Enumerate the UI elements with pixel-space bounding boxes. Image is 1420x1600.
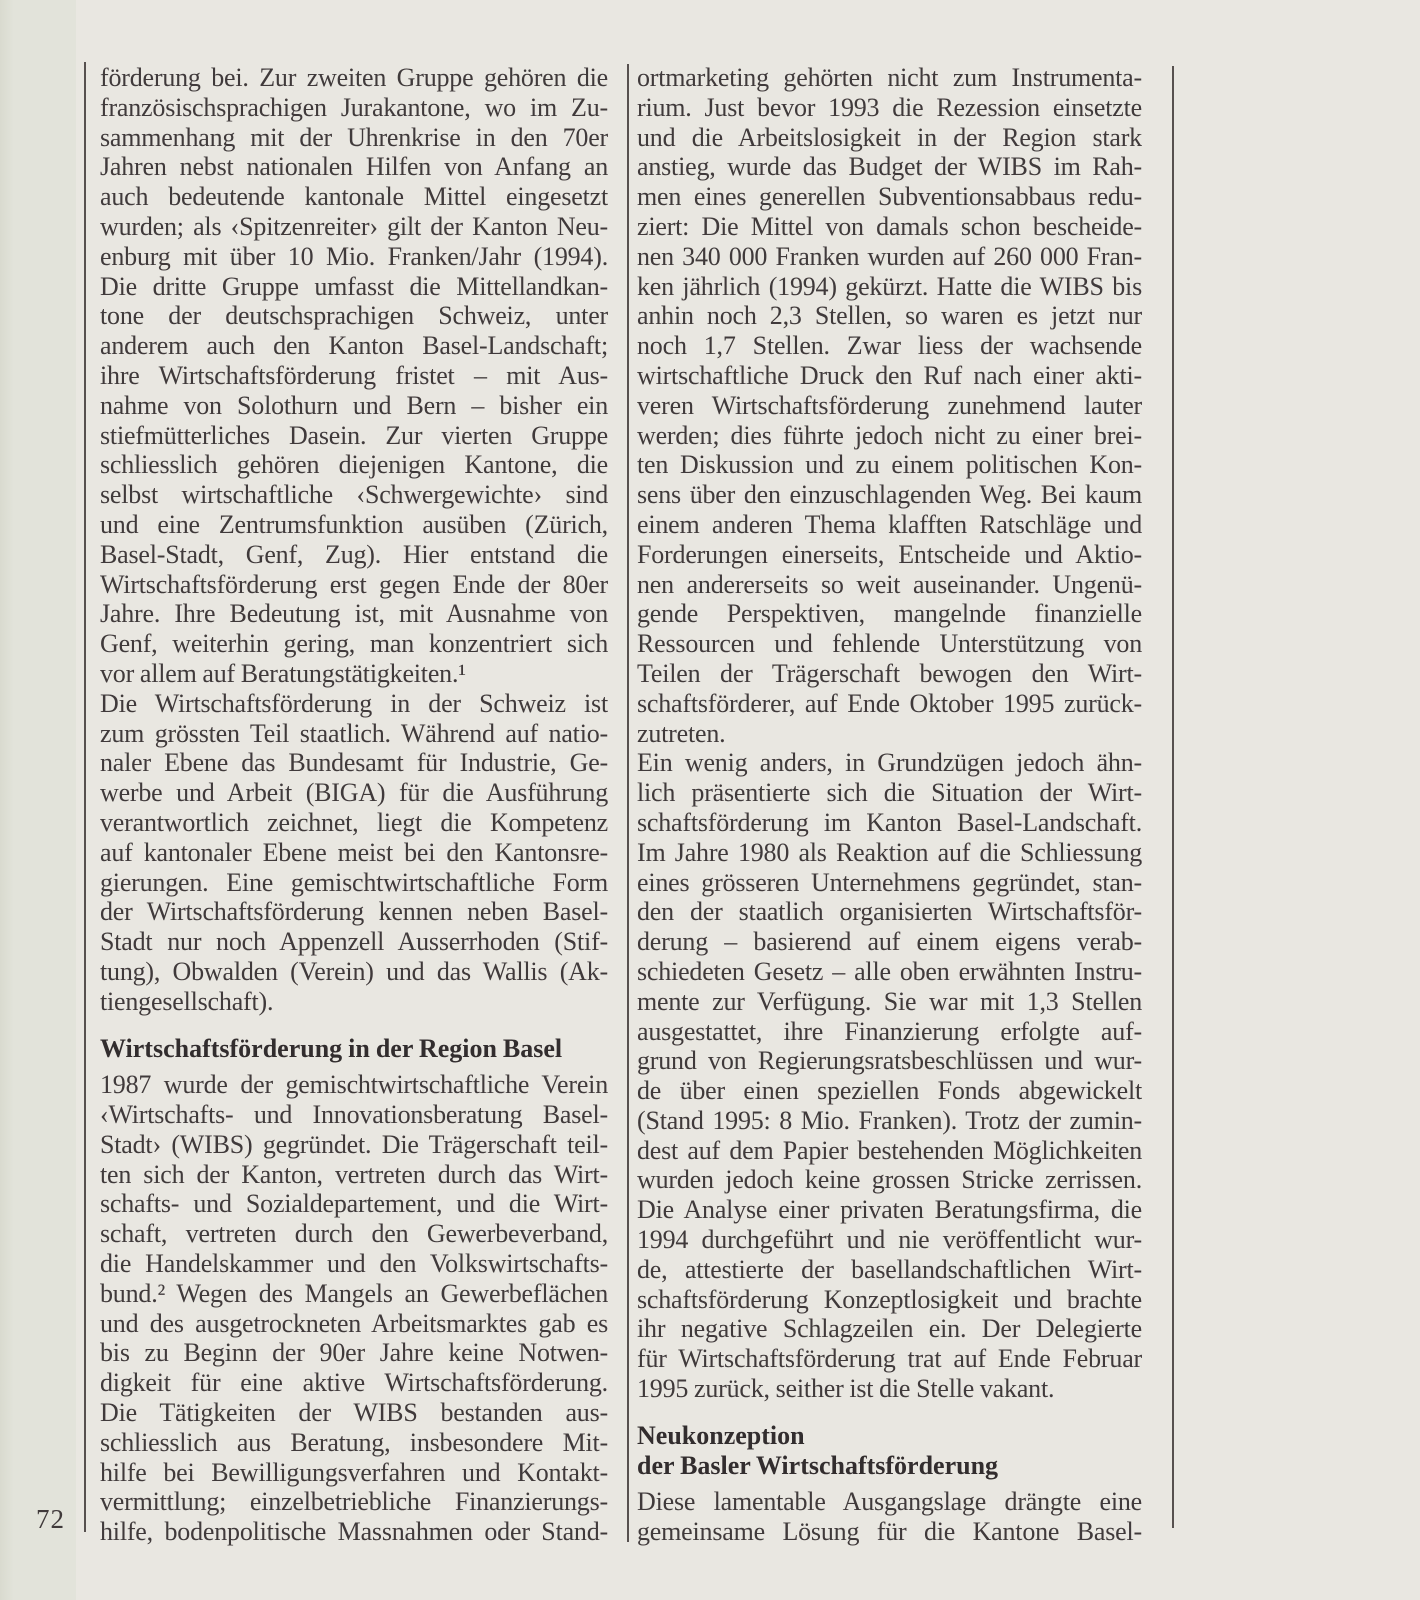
body-text-line: werbe und Arbeit (BIGA) für die Ausführu…: [100, 778, 608, 808]
body-text-line: Im Jahre 1980 als Reaktion auf die Schli…: [637, 838, 1142, 868]
body-text-line: schliesslich gehören diejenigen Kantone,…: [100, 450, 608, 480]
body-text-line: bis zu Beginn der 90er Jahre keine Notwe…: [100, 1338, 608, 1368]
body-text-line: derung – basierend auf einem eigens vera…: [637, 927, 1142, 957]
body-text-line: Die dritte Gruppe umfasst die Mittelland…: [100, 272, 608, 302]
body-text-line: selbst wirtschaftliche ‹Schwergewichte› …: [100, 480, 608, 510]
body-text-line: den der staatlich organisierten Wirtscha…: [637, 897, 1142, 927]
page-number: 72: [36, 1504, 65, 1535]
body-text-line: ziert: Die Mittel von damals schon besch…: [637, 212, 1142, 242]
body-text-line: gende Perspektiven, mangelnde finanziell…: [637, 599, 1142, 629]
body-text-line: Jahren nebst nationalen Hilfen von Anfan…: [100, 152, 608, 182]
body-text-line: Jahre. Ihre Bedeutung ist, mit Ausnahme …: [100, 599, 608, 629]
body-text-line: bund.² Wegen des Mangels an Gewerbefläch…: [100, 1279, 608, 1309]
body-text-line: schaft, vertreten durch den Gewerbeverba…: [100, 1219, 608, 1249]
body-text-line: französischsprachigen Jurakantone, wo im…: [100, 93, 608, 123]
body-text-line: tung), Obwalden (Verein) und das Wallis …: [100, 957, 608, 987]
body-text-line: die Handelskammer und den Volkswirtschaf…: [100, 1249, 608, 1279]
body-text-line: rium. Just bevor 1993 die Rezession eins…: [637, 93, 1142, 123]
body-text-line: ten Diskussion und zu einem politischen …: [637, 450, 1142, 480]
body-text-line: hilfe, bodenpolitische Massnahmen oder S…: [100, 1517, 608, 1547]
body-text-line: nen 340 000 Franken wurden auf 260 000 F…: [637, 242, 1142, 272]
body-text-line: auch bedeutende kantonale Mittel eingese…: [100, 182, 608, 212]
body-text-line: grund von Regierungsratsbeschlüssen und …: [637, 1046, 1142, 1076]
body-text-line: digkeit für eine aktive Wirtschaftsförde…: [100, 1368, 608, 1398]
body-text-line: schiedeten Gesetz – alle oben erwähnten …: [637, 957, 1142, 987]
body-text-line: werden; dies führte jedoch nicht zu eine…: [637, 421, 1142, 451]
body-text-line: sens über den einzuschlagenden Weg. Bei …: [637, 480, 1142, 510]
body-text-line: schliesslich aus Beratung, insbesondere …: [100, 1428, 608, 1458]
body-text-line: de über einen speziellen Fonds abgewicke…: [637, 1076, 1142, 1106]
paragraph-spacer: [100, 1063, 608, 1070]
body-text-line: stiefmütterliches Dasein. Zur vierten Gr…: [100, 421, 608, 451]
body-text-line: Diese lamentable Ausgangslage drängte ei…: [637, 1487, 1142, 1517]
body-text-line: vor allem auf Beratungstätigkeiten.¹: [100, 659, 608, 689]
body-text-line: Ressourcen und fehlende Unterstützung vo…: [637, 629, 1142, 659]
body-text-line: Die Tätigkeiten der WIBS bestanden aus-: [100, 1398, 608, 1428]
section-heading-line: der Basler Wirtschaftsförderung: [637, 1451, 1142, 1481]
body-text-line: hilfe bei Bewilligungsverfahren und Kont…: [100, 1458, 608, 1488]
body-text-line: noch 1,7 Stellen. Zwar liess der wachsen…: [637, 331, 1142, 361]
body-text-line: Genf, weiterhin gering, man konzentriert…: [100, 629, 608, 659]
paragraph-spacer: [637, 1404, 1142, 1421]
body-text-line: ‹Wirtschafts- und Innovationsberatung Ba…: [100, 1100, 608, 1130]
section-heading-line: Neukonzeption: [637, 1421, 1142, 1451]
body-text-line: veren Wirtschaftsförderung zunehmend lau…: [637, 391, 1142, 421]
left-column: förderung bei. Zur zweiten Gruppe gehöre…: [100, 63, 608, 1547]
body-text-line: de, attestierte der basellandschaftliche…: [637, 1255, 1142, 1285]
body-text-line: einem anderen Thema klafften Ratschläge …: [637, 510, 1142, 540]
body-text-line: dest auf dem Papier bestehenden Möglichk…: [637, 1136, 1142, 1166]
body-text-line: Forderungen einerseits, Entscheide und A…: [637, 540, 1142, 570]
body-text-line: und eine Zentrumsfunktion ausüben (Züric…: [100, 510, 608, 540]
body-text-line: anderem auch den Kanton Basel-Landschaft…: [100, 331, 608, 361]
body-text-line: zutreten.: [637, 719, 1142, 749]
body-text-line: gierungen. Eine gemischtwirtschaftliche …: [100, 868, 608, 898]
paragraph-spacer: [100, 1017, 608, 1034]
body-text-line: anhin noch 2,3 Stellen, so waren es jetz…: [637, 301, 1142, 331]
body-text-line: tone der deutschsprachigen Schweiz, unte…: [100, 301, 608, 331]
right-column: ortmarketing gehörten nicht zum Instrume…: [637, 63, 1142, 1547]
page-gutter-band: [0, 0, 76, 1600]
body-text-line: Die Analyse einer privaten Beratungsfirm…: [637, 1195, 1142, 1225]
section-heading-line: Wirtschaftsförderung in der Region Basel: [100, 1034, 608, 1064]
column-divider-rule: [627, 64, 629, 1542]
body-text-line: eines grösseren Unternehmens gegründet, …: [637, 868, 1142, 898]
body-text-line: der Wirtschaftsförderung kennen neben Ba…: [100, 897, 608, 927]
body-text-line: schaftsförderung im Kanton Basel-Landsch…: [637, 808, 1142, 838]
body-text-line: wurden; als ‹Spitzenreiter› gilt der Kan…: [100, 212, 608, 242]
body-text-line: Wirtschaftsförderung erst gegen Ende der…: [100, 570, 608, 600]
body-text-line: verantwortlich zeichnet, liegt die Kompe…: [100, 808, 608, 838]
body-text-line: und die Arbeitslosigkeit in der Region s…: [637, 123, 1142, 153]
body-text-line: enburg mit über 10 Mio. Franken/Jahr (19…: [100, 242, 608, 272]
right-margin-rule: [1172, 66, 1174, 1528]
body-text-line: Ein wenig anders, in Grundzügen jedoch ä…: [637, 748, 1142, 778]
body-text-line: naler Ebene das Bundesamt für Industrie,…: [100, 748, 608, 778]
body-text-line: lich präsentierte sich die Situation der…: [637, 778, 1142, 808]
body-text-line: gemeinsame Lösung für die Kantone Basel-: [637, 1517, 1142, 1547]
body-text-line: nen andererseits so weit auseinander. Un…: [637, 570, 1142, 600]
body-text-line: wurden jedoch keine grossen Stricke zerr…: [637, 1165, 1142, 1195]
body-text-line: ortmarketing gehörten nicht zum Instrume…: [637, 63, 1142, 93]
body-text-line: 1987 wurde der gemischtwirtschaftliche V…: [100, 1070, 608, 1100]
body-text-line: sammenhang mit der Uhrenkrise in den 70e…: [100, 123, 608, 153]
body-text-line: wirtschaftliche Druck den Ruf nach einer…: [637, 361, 1142, 391]
body-text-line: für Wirtschaftsförderung trat auf Ende F…: [637, 1344, 1142, 1374]
body-text-line: schaftsförderer, auf Ende Oktober 1995 z…: [637, 689, 1142, 719]
body-text-line: schaftsförderung Konzeptlosigkeit und br…: [637, 1285, 1142, 1315]
body-text-line: Die Wirtschaftsförderung in der Schweiz …: [100, 689, 608, 719]
body-text-line: und des ausgetrockneten Arbeitsmarktes g…: [100, 1309, 608, 1339]
body-text-line: nahme von Solothurn und Bern – bisher ei…: [100, 391, 608, 421]
body-text-line: (Stand 1995: 8 Mio. Franken). Trotz der …: [637, 1106, 1142, 1136]
body-text-line: anstieg, wurde das Budget der WIBS im Ra…: [637, 152, 1142, 182]
paragraph-spacer: [637, 1480, 1142, 1487]
left-margin-rule: [84, 62, 86, 1532]
body-text-line: vermittlung; einzelbetriebliche Finanzie…: [100, 1487, 608, 1517]
body-text-line: zum grössten Teil staatlich. Während auf…: [100, 719, 608, 749]
body-text-line: tiengesellschaft).: [100, 987, 608, 1017]
body-text-line: 1995 zurück, seither ist die Stelle vaka…: [637, 1374, 1142, 1404]
body-text-line: ausgestattet, ihre Finanzierung erfolgte…: [637, 1017, 1142, 1047]
body-text-line: Teilen der Trägerschaft bewogen den Wirt…: [637, 659, 1142, 689]
body-text-line: Stadt nur noch Appenzell Ausserrhoden (S…: [100, 927, 608, 957]
body-text-line: ihre Wirtschaftsförderung fristet – mit …: [100, 361, 608, 391]
body-text-line: ihr negative Schlagzeilen ein. Der Deleg…: [637, 1314, 1142, 1344]
body-text-line: schafts- und Sozialdepartement, und die …: [100, 1189, 608, 1219]
body-text-line: 1994 durchgeführt und nie veröffentlicht…: [637, 1225, 1142, 1255]
body-text-line: ten sich der Kanton, vertreten durch das…: [100, 1160, 608, 1190]
body-text-line: Stadt› (WIBS) gegründet. Die Trägerschaf…: [100, 1130, 608, 1160]
body-text-line: auf kantonaler Ebene meist bei den Kanto…: [100, 838, 608, 868]
body-text-line: ken jährlich (1994) gekürzt. Hatte die W…: [637, 272, 1142, 302]
body-text-line: men eines generellen Subventionsabbaus r…: [637, 182, 1142, 212]
scanned-book-page: { "page": { "number": "72" }, "colors": …: [0, 0, 1420, 1600]
body-text-line: mente zur Verfügung. Sie war mit 1,3 Ste…: [637, 987, 1142, 1017]
body-text-line: förderung bei. Zur zweiten Gruppe gehöre…: [100, 63, 608, 93]
body-text-line: Basel-Stadt, Genf, Zug). Hier entstand d…: [100, 540, 608, 570]
